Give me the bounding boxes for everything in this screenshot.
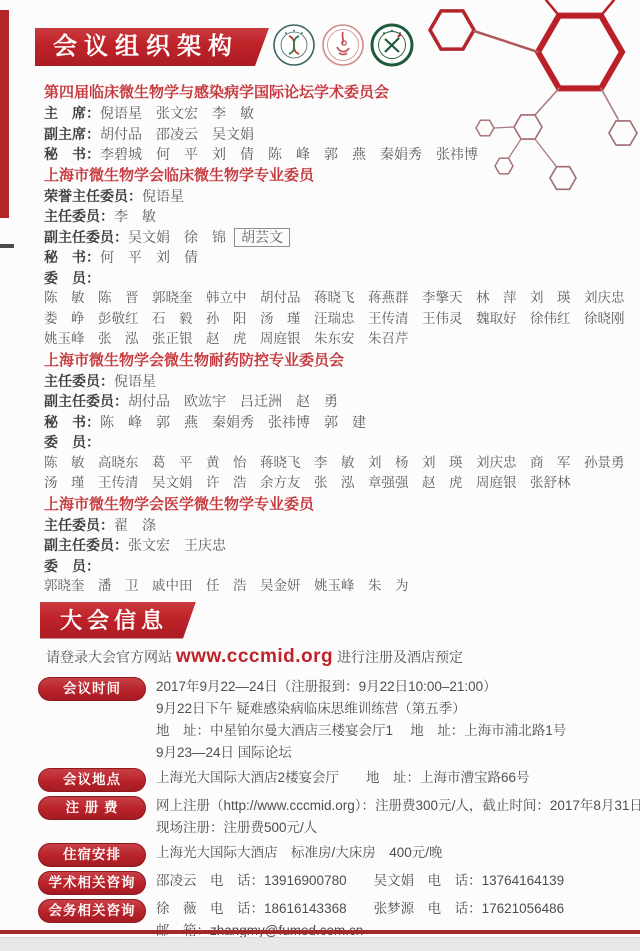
committee-row: 副主任委员：张文宏 王庆忠 (44, 535, 616, 556)
info-line: 徐 薇 电 话：18616143368 张梦源 电 话：17621056486 (156, 898, 564, 920)
intro-post: 进行注册及酒店预定 (333, 649, 463, 665)
section-medical-microbiology-committee: 上海市微生物学会医学微生物学专业委员 主任委员：翟 涤 副主任委员：张文宏 王庆… (44, 494, 616, 597)
role-label: 委 员： (44, 270, 100, 286)
affairs-contact-pill: 会务相关咨询 (38, 899, 146, 923)
accommodation-pill: 住宿安排 (38, 843, 146, 867)
info-line: 现场注册：注册费500元/人 (156, 817, 640, 839)
role-label: 荣誉主任委员： (44, 188, 142, 204)
section-title: 第四届临床微生物学与感染病学国际论坛学术委员会 (44, 82, 616, 103)
committee-row: 主 席：倪语星 张文宏 李 敏 (44, 103, 616, 124)
committee-row: 主任委员：翟 涤 (44, 515, 616, 536)
role-label: 秘 书： (44, 249, 100, 265)
info-row-time: 会议时间 2017年9月22—24日（注册报到：9月22日10:00–21:00… (38, 676, 616, 764)
footer-divider-line (0, 930, 640, 934)
committee-row: 副主任委员：胡付品 欧竑宇 吕迁洲 赵 勇 (44, 391, 616, 412)
member-line: 娄 峥 彭敬红 石 毅 孙 阳 汤 瑾 汪瑞忠 王传清 王伟灵 魏取好 徐伟红 … (44, 309, 616, 330)
committee-row: 秘 书：陈 峰 郭 燕 秦娟秀 张祎博 郭 建 (44, 412, 616, 433)
boxed-member-name: 胡芸文 (234, 228, 290, 247)
info-line: 2017年9月22—24日（注册报到：9月22日10:00–21:00） (156, 676, 566, 698)
committee-row: 委 员： (44, 556, 616, 577)
member-names: 吴文娟 徐 锦 (128, 229, 226, 245)
member-names: 倪语星 (114, 373, 156, 389)
info-row-accommodation: 住宿安排 上海光大国际大酒店 标准房/大床房 400元/晚 (38, 842, 616, 867)
meeting-venue-pill: 会议地点 (38, 768, 146, 792)
info-line: 9月22日下午 疑难感染病临床思维训练营（第五季） (156, 698, 566, 720)
green-emblem-logo-icon (370, 23, 414, 67)
member-names: 胡付品 欧竑宇 吕迁洲 赵 勇 (128, 393, 338, 409)
dna-society-logo-icon (272, 23, 316, 67)
member-names: 何 平 刘 倩 (100, 249, 198, 265)
member-names: 倪语星 (142, 188, 184, 204)
info-row-venue: 会议地点 上海光大国际大酒店2楼宴会厅 地 址：上海市漕宝路66号 (38, 767, 616, 792)
info-row-affairs-contact: 会务相关咨询 徐 薇 电 话：18616143368 张梦源 电 话：17621… (38, 898, 616, 942)
member-line: 汤 瑾 王传清 吴文娟 许 浩 余方友 张 泓 章强强 赵 虎 周庭银 张舒林 (44, 473, 616, 494)
committee-row: 荣誉主任委员：倪语星 (44, 186, 616, 207)
info-content: 上海光大国际大酒店2楼宴会厅 地 址：上海市漕宝路66号 (156, 767, 530, 789)
info-line: 上海光大国际大酒店 标准房/大床房 400元/晚 (156, 842, 443, 864)
role-label: 副主任委员： (44, 229, 128, 245)
member-names: 胡付品 邵凌云 吴文娟 (100, 126, 254, 142)
member-names: 李碧城 何 平 刘 倩 陈 峰 郭 燕 秦娟秀 张祎博 (100, 146, 478, 162)
conference-poster: 会议组织架构 第四届临床微生物学与感染病学国际论坛学术委员会 主 (0, 0, 640, 951)
section-title: 上海市微生物学会临床微生物学专业委员 (44, 165, 616, 186)
member-line: 姚玉峰 张 泓 张正银 赵 虎 周庭银 朱东安 朱召芹 (44, 329, 616, 350)
info-line: 上海光大国际大酒店2楼宴会厅 地 址：上海市漕宝路66号 (156, 767, 530, 789)
info-content: 徐 薇 电 话：18616143368 张梦源 电 话：17621056486 … (156, 898, 564, 942)
info-content: 上海光大国际大酒店 标准房/大床房 400元/晚 (156, 842, 443, 864)
member-line: 郭晓奎 潘 卫 戚中田 任 浩 吴金妍 姚玉峰 朱 为 (44, 576, 616, 597)
organization-logos (272, 23, 414, 67)
committee-row: 委 员： (44, 432, 616, 453)
registration-intro: 请登录大会官方网站 www.cccmid.org 进行注册及酒店预定 (46, 646, 616, 668)
section-clinical-microbiology-committee: 上海市微生物学会临床微生物学专业委员 荣誉主任委员：倪语星 主任委员：李 敏 副… (44, 165, 616, 350)
section-title: 上海市微生物学会医学微生物学专业委员 (44, 494, 616, 515)
left-accent-bar (0, 10, 9, 218)
section-title: 上海市微生物学会微生物耐药防控专业委员会 (44, 350, 616, 371)
academic-contact-pill: 学术相关咨询 (38, 871, 146, 895)
committee-row: 副主任委员：吴文娟 徐 锦胡芸文 (44, 227, 616, 248)
registration-fee-pill: 注 册 费 (38, 796, 146, 820)
info-line: 地 址：中星铂尔曼大酒店三楼宴会厅1 地 址：上海市浦北路1号 (156, 720, 566, 742)
info-line: 网上注册（http://www.cccmid.org）：注册费300元/人，截止… (156, 795, 640, 817)
role-label: 副主任委员： (44, 537, 128, 553)
member-names: 李 敏 (114, 208, 156, 224)
committee-row: 主任委员：李 敏 (44, 206, 616, 227)
role-label: 主任委员： (44, 208, 114, 224)
member-line: 陈 敏 陈 晋 郭晓奎 韩立中 胡付品 蒋晓飞 蒋燕群 李擎天 林 萍 刘 瑛 … (44, 288, 616, 309)
info-line: 9月23—24日 国际论坛 (156, 742, 566, 764)
page-title-banner: 会议组织架构 (35, 28, 269, 66)
conference-website-url: www.cccmid.org (176, 646, 333, 667)
section-drug-resistance-committee: 上海市微生物学会微生物耐药防控专业委员会 主任委员：倪语星 副主任委员：胡付品 … (44, 350, 616, 494)
member-line: 陈 敏 高晓东 葛 平 黄 怡 蒋晓飞 李 敏 刘 杨 刘 瑛 刘庆忠 商 军 … (44, 453, 616, 474)
info-banner: 大会信息 (40, 602, 196, 639)
role-label: 秘 书： (44, 414, 100, 430)
section-forum-academic-committee: 第四届临床微生物学与感染病学国际论坛学术委员会 主 席：倪语星 张文宏 李 敏 … (44, 82, 616, 165)
info-row-academic-contact: 学术相关咨询 邵凌云 电 话：13916900780 吴文娟 电 话：13764… (38, 870, 616, 895)
info-content: 2017年9月22—24日（注册报到：9月22日10:00–21:00） 9月2… (156, 676, 566, 764)
role-label: 委 员： (44, 558, 100, 574)
member-names: 倪语星 张文宏 李 敏 (100, 105, 254, 121)
info-row-registration-fee: 注 册 费 网上注册（http://www.cccmid.org）：注册费300… (38, 795, 616, 839)
committee-row: 秘 书：李碧城 何 平 刘 倩 陈 峰 郭 燕 秦娟秀 张祎博 (44, 144, 616, 165)
member-names: 陈 峰 郭 燕 秦娟秀 张祎博 郭 建 (100, 414, 366, 430)
role-label: 主 席： (44, 105, 100, 121)
intro-pre: 请登录大会官方网站 (46, 649, 176, 665)
member-names: 翟 涤 (114, 517, 156, 533)
role-label: 副主席： (44, 126, 100, 142)
footer-gray-strip (0, 937, 640, 951)
role-label: 主任委员： (44, 517, 114, 533)
main-content: 第四届临床微生物学与感染病学国际论坛学术委员会 主 席：倪语星 张文宏 李 敏 … (44, 82, 616, 945)
info-line: 邵凌云 电 话：13916900780 吴文娟 电 话：13764164139 (156, 870, 564, 892)
role-label: 委 员： (44, 434, 100, 450)
member-names: 张文宏 王庆忠 (128, 537, 226, 553)
meeting-time-pill: 会议时间 (38, 677, 146, 701)
calligraphy-figure-logo-icon (321, 23, 365, 67)
committee-row: 秘 书：何 平 刘 倩 (44, 247, 616, 268)
committee-row: 委 员： (44, 268, 616, 289)
info-content: 网上注册（http://www.cccmid.org）：注册费300元/人，截止… (156, 795, 640, 839)
committee-row: 副主席：胡付品 邵凌云 吴文娟 (44, 124, 616, 145)
role-label: 主任委员： (44, 373, 114, 389)
role-label: 副主任委员： (44, 393, 128, 409)
role-label: 秘 书： (44, 146, 100, 162)
info-content: 邵凌云 电 话：13916900780 吴文娟 电 话：13764164139 (156, 870, 564, 892)
left-dash-mark (0, 244, 14, 248)
committee-row: 主任委员：倪语星 (44, 371, 616, 392)
